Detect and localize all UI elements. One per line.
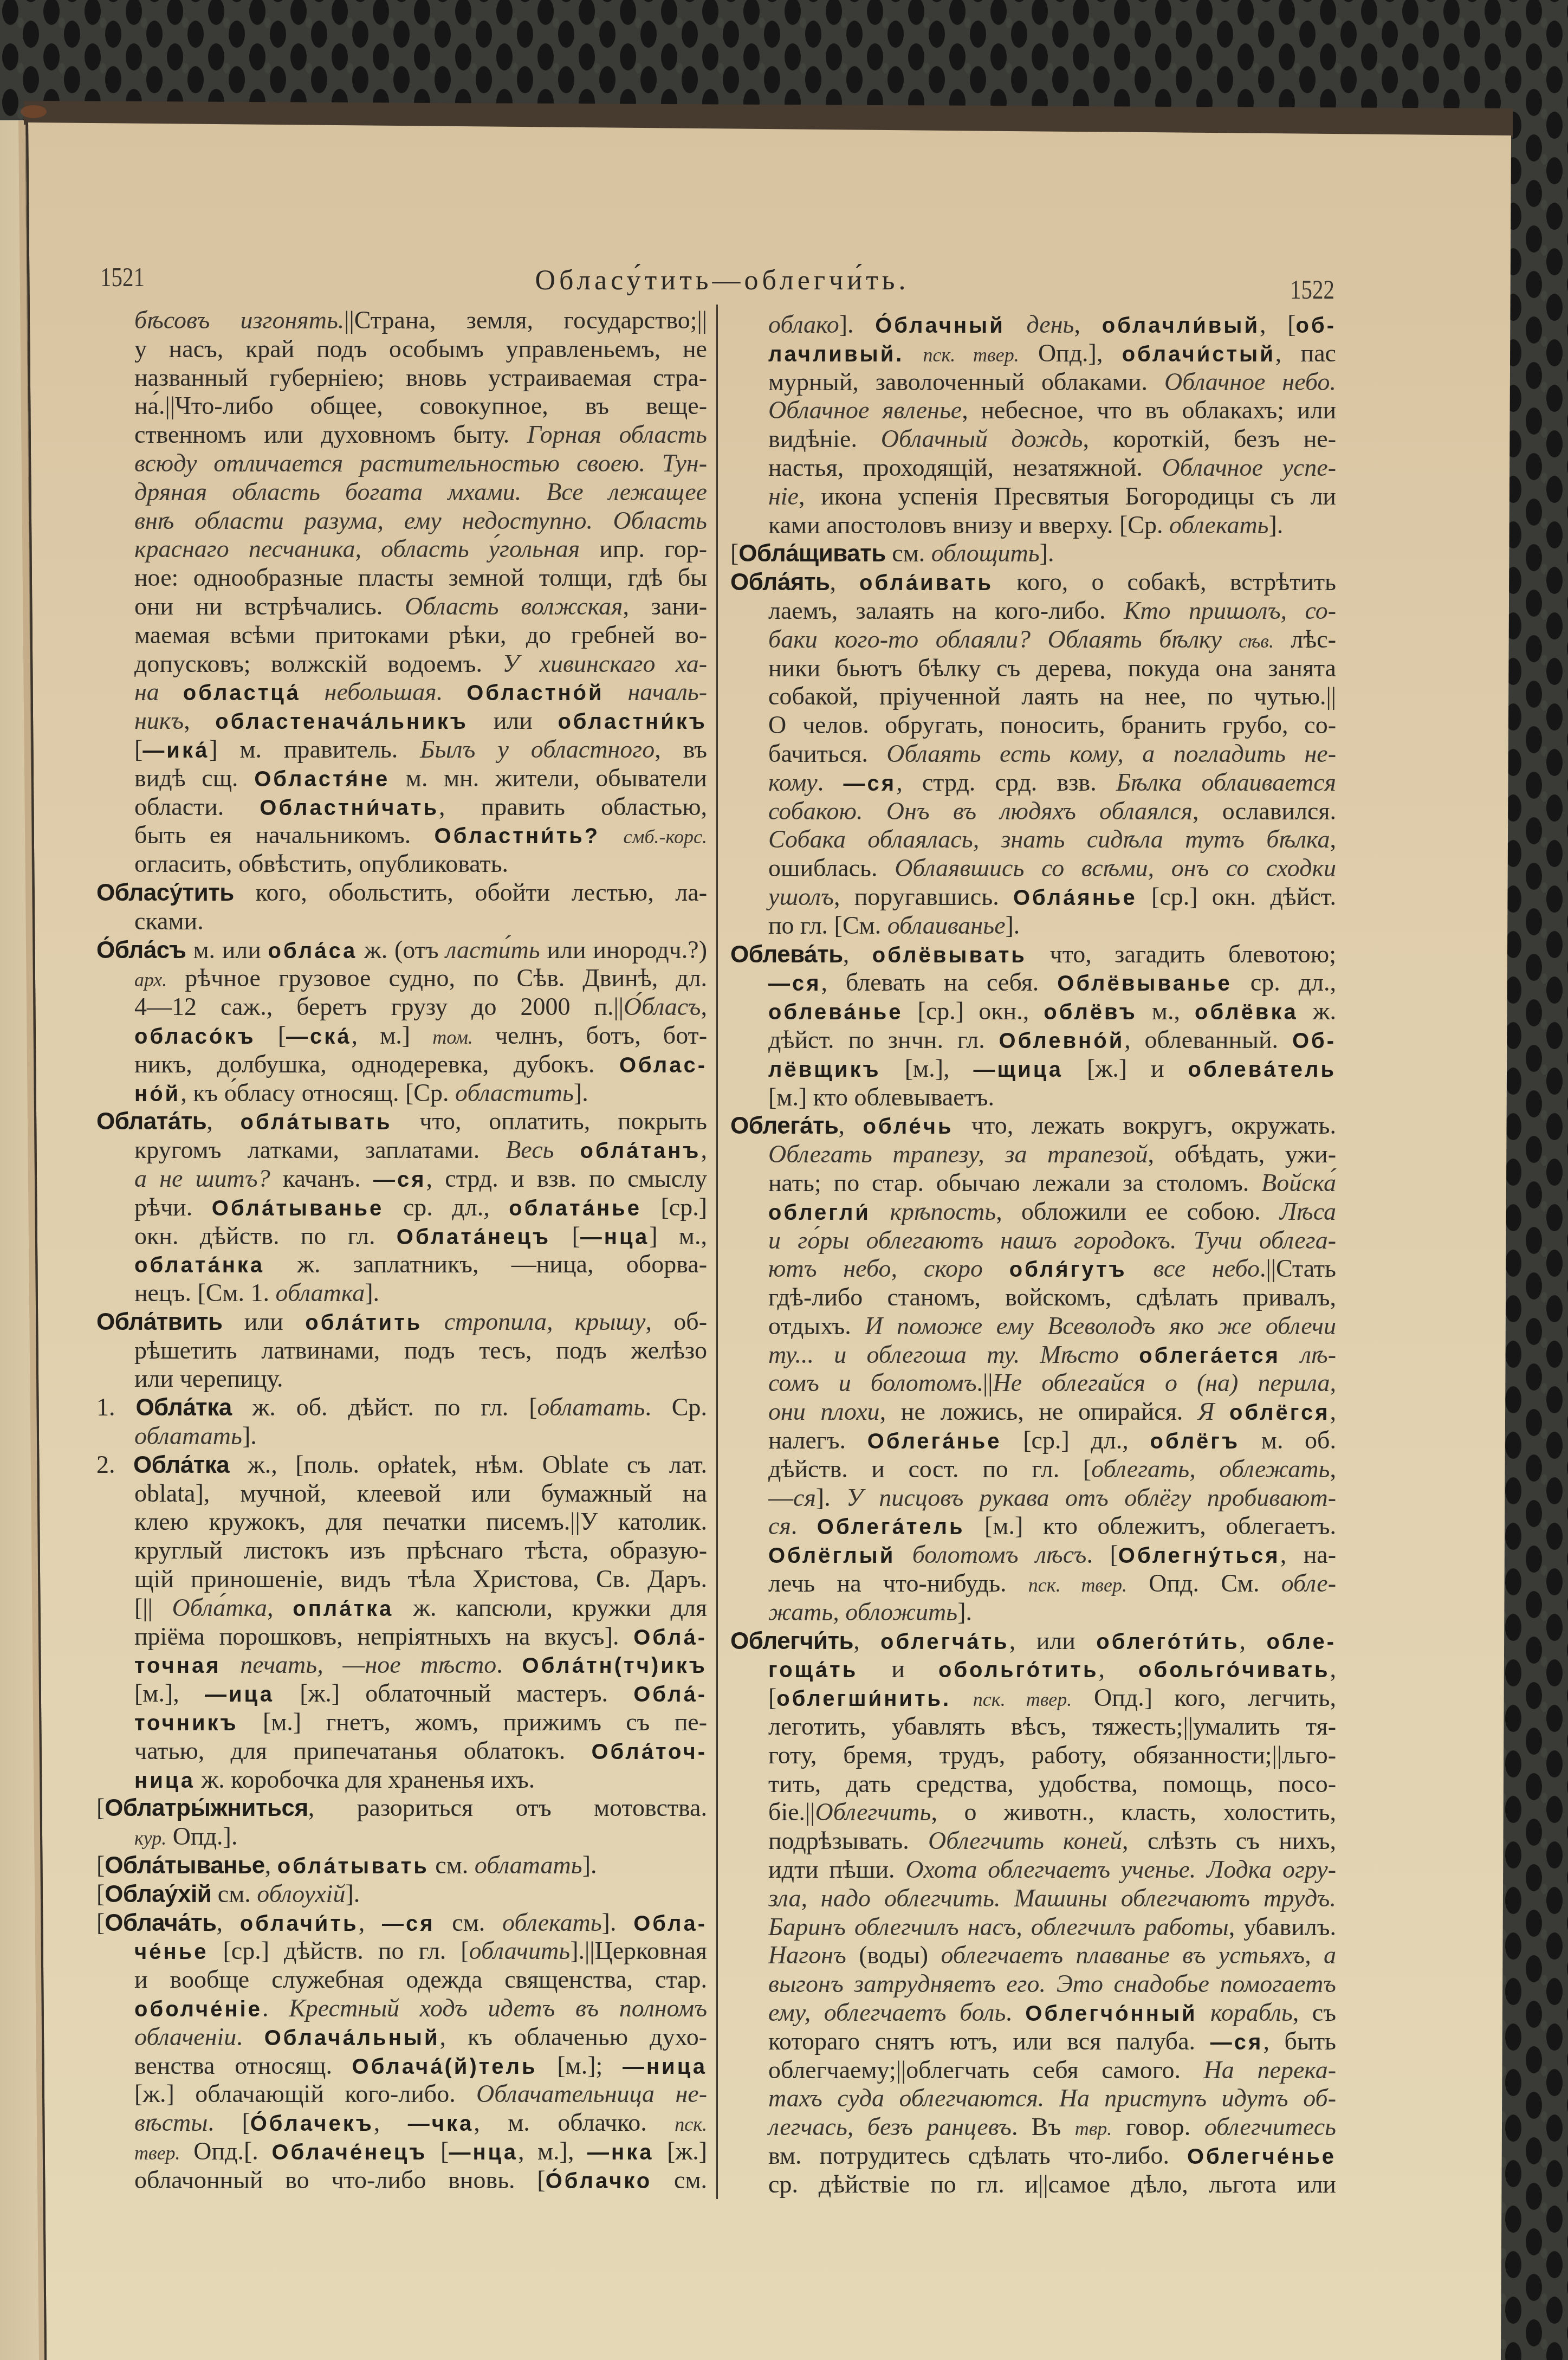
text-line: дѣйств. и сост. по гл. [облегать, облежа…	[768, 1455, 1336, 1484]
text-line: а не шитъ? качанъ. —ся, стрд. и взв. по …	[134, 1165, 707, 1193]
italic-example: стропила, крышу	[444, 1308, 646, 1335]
line-content: біе.||Облегчить, о животн., класть, холо…	[768, 1798, 1336, 1827]
text-run: подрѣзывать.	[768, 1827, 928, 1854]
spaced-bold-term: Облача́льный	[264, 2026, 440, 2050]
line-content: лёвщикъ [м.], —щица [ж.] и облева́тель	[768, 1055, 1336, 1084]
text-line: лачливый. пск. твер. Опд.], облачи́стый,…	[768, 339, 1336, 368]
italic-example: Облачное небо.	[1164, 368, 1336, 396]
text-line: ница ж. коробочка для храненья ихъ.	[134, 1766, 707, 1794]
spaced-bold-term: областенача́льникъ	[215, 710, 468, 734]
italic-example: на	[134, 678, 183, 706]
text-run: .	[236, 2023, 264, 2051]
line-content: [Обла́щивать см. облощить].	[730, 539, 1054, 568]
text-run: , м. облачко.	[474, 2109, 675, 2136]
line-content: клею кружокъ, для печатки писемъ.||У кат…	[134, 1508, 707, 1536]
line-content: ся. Облега́тель [м.] кто облежитъ, облег…	[768, 1512, 1336, 1542]
spaced-bold-term: Обла́тыванье	[212, 1197, 384, 1220]
text-run: или черепицу.	[134, 1365, 283, 1392]
text-line: внѣ области разума, ему недоступно. Обла…	[134, 507, 707, 535]
italic-example: небольшая.	[301, 678, 466, 706]
line-content: они ни встрѣчались. Область волжская, за…	[134, 592, 707, 621]
line-content: Облёглый болотомъ лѣсъ. [Облегну́ться, н…	[768, 1541, 1336, 1570]
italic-example: они плохи	[768, 1398, 880, 1425]
text-run: , поругавшись.	[834, 883, 1013, 910]
text-line: и вообще служебная одежда священства, ст…	[134, 1965, 707, 1994]
text-run: маемая всѣми притоками рѣки, до гребней …	[134, 621, 707, 649]
line-content: тить, дать средства, удобства, помощь, п…	[768, 1770, 1336, 1799]
text-line: [м.] кто облевываетъ.	[768, 1083, 1336, 1112]
spaced-bold-term: обла́танъ	[580, 1139, 701, 1163]
italic-example: облатать	[475, 1851, 582, 1879]
line-content: ошиблась. Облаявшись со всѣми, онъ со сх…	[768, 854, 1336, 883]
line-content: гоща́ть и обольго́тить, обольго́чивать,	[768, 1655, 1336, 1685]
text-line: ютъ небо, скоро обля́гутъ все небо.||Ста…	[768, 1255, 1336, 1283]
text-run	[904, 339, 923, 367]
text-run: вм. потрудитесь сдѣлать что-либо.	[768, 2142, 1187, 2169]
headword: Облау́хій	[105, 1881, 211, 1908]
line-content: лачливый. пск. твер. Опд.], облачи́стый,…	[768, 339, 1336, 370]
text-line: и го́ры облегаютъ нашъ городокъ. Тучи об…	[768, 1226, 1336, 1255]
text-run: огласить, обвѣстить, опубликовать.	[134, 850, 508, 877]
line-content: точникъ [м.] гнетъ, жомъ, прижимъ съ пе-	[134, 1708, 707, 1738]
line-content: Баринъ облегчилъ насъ, облегчилъ работы,…	[768, 1913, 1336, 1942]
line-content: [|| Обла́тка, опла́тка ж. капсюли, кружк…	[134, 1594, 707, 1624]
text-run: ].	[582, 1851, 597, 1879]
line-content: бачиться. Облаять есть кому, а погладить…	[768, 740, 1336, 768]
italic-example: Крестный ходъ идетъ въ полномъ	[289, 1994, 707, 2022]
italic-example: Облаять есть кому, а погладить не-	[886, 740, 1336, 767]
text-line: вѣсты. [О́блачекъ, —чка, м. облачко. пск…	[134, 2109, 707, 2137]
entry-first-line: [Обла́тыванье, обла́тывать см. облатать]…	[96, 1851, 707, 1880]
text-run: м. об.	[1240, 1426, 1336, 1454]
text-run: м. или	[186, 936, 268, 964]
spaced-bold-term: облева́тель	[1188, 1058, 1336, 1082]
text-run: (воды)	[846, 1941, 941, 1969]
text-line: баки кого-то облаяли? Облаять бѣлку сѣв.…	[768, 625, 1336, 654]
text-line: біе.||Облегчить, о животн., класть, холо…	[768, 1798, 1336, 1827]
line-content: отдыхъ. И поможе ему Всеволодъ яко же об…	[768, 1312, 1336, 1341]
line-content: дряная область богата мхами. Все лежащее	[134, 478, 707, 507]
italic-example: ся	[793, 1484, 816, 1511]
line-content: жать, обложить].	[768, 1598, 972, 1627]
text-run: , обѣдать, ужи-	[1148, 1140, 1336, 1168]
page-number-right: 1522	[1290, 276, 1334, 303]
text-line: бѣсовъ изгонять.||Страна, земля, государ…	[134, 306, 707, 335]
line-content: 2. Обла́тка ж., [поль. opłatek, нѣм. Obl…	[96, 1451, 707, 1480]
text-run: [м.];	[537, 2052, 623, 2079]
text-line: на́.||Что-либо общее, совокупное, въ вещ…	[134, 392, 707, 421]
spaced-bold-term: Областно́й	[466, 681, 604, 705]
line-content: [ж.] облачающій кого-либо. Облачательниц…	[134, 2080, 707, 2109]
spaced-bold-term: Облата́нецъ	[397, 1225, 550, 1249]
italic-example: Облегчить	[815, 1798, 931, 1826]
line-content: подрѣзывать. Облегчить коней, слѣзть съ …	[768, 1827, 1336, 1855]
text-line: краснаго песчаника, область у́гольная ип…	[134, 535, 707, 564]
text-run: допусковъ; волжскій водоемъ.	[134, 650, 502, 677]
line-content: че́нье [ср.] дѣйств. по гл. [облачить].|…	[134, 1937, 707, 1967]
text-run	[422, 1308, 444, 1335]
text-run: венства относящ.	[134, 2052, 352, 2079]
line-content: обласо́къ [—ска́, м.] том. челнъ, ботъ, …	[134, 1021, 707, 1052]
line-content: Нагонъ (воды) облегчаетъ плаванье въ уст…	[768, 1941, 1336, 1970]
text-run: м.,	[1137, 997, 1195, 1025]
spaced-bold-term: Областни́чать	[260, 796, 439, 820]
entry-first-line: [Обла́щивать см. облощить].	[730, 539, 1336, 568]
text-run: котораго снятъ ютъ, или вся палуба.	[768, 2027, 1210, 2055]
italic-example: всюду отличается растительностью своею. …	[134, 449, 707, 477]
spaced-bold-term: че́нье	[134, 1940, 208, 1964]
spaced-bold-term: Облас-	[619, 1053, 707, 1077]
text-run: ное: однообразные пласты земной толщи, г…	[134, 564, 707, 591]
spaced-bold-term: облёгся	[1229, 1401, 1330, 1425]
text-line: [ж.] облачающій кого-либо. Облачательниц…	[134, 2080, 707, 2109]
line-content: котораго снятъ ютъ, или вся палуба. —ся,…	[768, 2027, 1336, 2057]
spaced-bold-term: О́блачко	[546, 2169, 652, 2193]
text-run: видѣ сщ.	[134, 764, 254, 792]
line-content: никъ, областенача́льникъ или областни́къ	[134, 707, 707, 736]
line-content: чатью, для припечатанья облатокъ. Обла́т…	[134, 1737, 707, 1767]
text-run: ].	[839, 311, 875, 338]
text-run	[600, 821, 623, 849]
text-run: пріёма порошковъ, непріятныхъ на вкусъ].	[134, 1622, 633, 1650]
spaced-bold-term: лачливый.	[768, 342, 904, 366]
text-run: [	[96, 1909, 105, 1936]
text-run: ] м. правитель.	[209, 735, 420, 763]
text-run: [	[96, 1851, 105, 1879]
line-content: 1. Обла́тка ж. об. дѣйст. по гл. [облата…	[96, 1393, 707, 1423]
line-content: легчась, безъ ранцевъ. Въ твр. говор. об…	[768, 2113, 1336, 2143]
region-label: пск. твер.	[923, 344, 1019, 366]
italic-example: ніе	[768, 482, 799, 510]
italic-example: ушолъ	[768, 883, 834, 910]
line-content: ушолъ, поругавшись. Обла́янье [ср.] окн.…	[768, 883, 1336, 913]
line-content: видѣ сщ. Областя́не м. мн. жители, обыва…	[134, 764, 707, 794]
italic-example: Былъ у областного	[420, 735, 655, 763]
text-run: [ж.] облачающій кого-либо.	[134, 2080, 476, 2107]
text-run: дѣйств. и сост. по гл. [	[768, 1455, 1091, 1483]
text-run: , въ	[655, 735, 707, 763]
italic-example: облегчаетъ плаванье въ устьяхъ, а	[941, 1941, 1336, 1969]
italic-example: Я	[1198, 1398, 1214, 1425]
spaced-bold-term: Обла́точ-	[591, 1740, 707, 1764]
text-run: біе.||	[768, 1798, 815, 1826]
line-content: области. Областни́чать, править областью…	[134, 793, 707, 823]
line-content: oblata], мучной, клеевой или бумажный на	[134, 1479, 707, 1508]
italic-example: бѣсовъ изгонять.	[134, 306, 344, 334]
italic-example: баки кого-то облаяли? Облаять бѣлку	[768, 625, 1222, 653]
text-run	[1280, 1341, 1300, 1368]
spaced-bold-term: обле-	[1266, 1630, 1336, 1654]
line-content: лаемъ, залаять на кого-либо. Кто пришолъ…	[768, 597, 1336, 625]
spaced-bold-term: Облега́тель	[817, 1515, 965, 1539]
text-line: они плохи, не ложись, не опирайся. Я обл…	[768, 1398, 1336, 1426]
line-content: ему, облегчаетъ боль. Облегчо́нный кораб…	[768, 1999, 1336, 2028]
region-label: сѣв.	[1239, 630, 1274, 652]
text-run: см.	[429, 1851, 475, 1879]
text-line: Нагонъ (воды) облегчаетъ плаванье въ уст…	[768, 1941, 1336, 1970]
line-content: Обла́твить или обла́тить стропила, крышу…	[96, 1308, 707, 1337]
text-run: , зани-	[623, 592, 707, 620]
spaced-bold-term: областца́	[183, 681, 301, 705]
text-run: Опд.],	[1019, 339, 1122, 367]
italic-example: болотомъ лѣсъ	[912, 1541, 1087, 1568]
headword: Обла́тка	[135, 1394, 231, 1421]
text-line: кому. —ся, стрд. срд. взв. Бѣлка облаива…	[768, 768, 1336, 797]
text-run: ственномъ или духовномъ быту.	[134, 421, 527, 448]
text-run	[1214, 1398, 1229, 1425]
region-label: пск. твер.	[973, 1689, 1072, 1710]
line-content: настья, проходящій, незатяжной. Облачное…	[768, 454, 1336, 482]
italic-example: ему, облегчаетъ боль	[768, 1999, 1006, 2026]
italic-example: облачить	[469, 1937, 571, 1964]
line-content: облата́нка ж. заплатникъ, —ница, оборва-	[134, 1250, 707, 1280]
text-line: гоща́ть и обольго́тить, обольго́чивать,	[768, 1655, 1336, 1684]
line-content: у насъ, край подъ особымъ управленьемъ, …	[134, 335, 707, 364]
text-run: нецъ. [См. 1.	[134, 1279, 276, 1307]
text-run: , короткій, безъ не-	[1083, 425, 1336, 452]
text-run	[1119, 1341, 1139, 1368]
text-line: облатать].	[134, 1422, 707, 1451]
headword: Обла́щивать	[738, 540, 885, 567]
text-run: ср. дл.,	[1232, 968, 1336, 996]
line-content: дѣйств. и сост. по гл. [облегать, облежа…	[768, 1455, 1336, 1484]
text-line: [|| Обла́тка, опла́тка ж. капсюли, кружк…	[134, 1594, 707, 1622]
italic-example: Войска́	[1261, 1169, 1336, 1197]
italic-example: Облаявшись со всѣми, онъ со сходки	[895, 854, 1336, 882]
line-content: облако]. О́блачный день, облачли́вый, [о…	[768, 311, 1336, 340]
line-content: идти пѣши. Охота облегчаетъ ученье. Лодк…	[768, 1855, 1336, 1884]
text-line: они ни встрѣчались. Область волжская, за…	[134, 592, 707, 621]
text-line: клею кружокъ, для печатки писемъ.||У кат…	[134, 1508, 707, 1536]
text-run: . [	[208, 2109, 250, 2136]
text-run: , икона успенія Пресвятыя Богородицы съ …	[799, 482, 1336, 510]
line-content: облева́нье [ср.] окн., облёвъ м., облёвк…	[768, 997, 1336, 1027]
text-line: ніе, икона успенія Пресвятыя Богородицы …	[768, 482, 1336, 511]
text-run: 4—12 саж., беретъ грузу до 2000 п.||	[134, 993, 624, 1020]
line-content: Облева́ть, облёвывать что, загадить блев…	[730, 940, 1336, 970]
text-run	[1197, 1999, 1210, 2026]
text-line: допусковъ; волжскій водоемъ. У хивинскаг…	[134, 650, 707, 678]
text-run: , ославился.	[1193, 797, 1336, 825]
italic-example: Весь	[506, 1136, 554, 1163]
line-content: Обла́ять, обла́ивать кого, о собакѣ, вст…	[730, 568, 1336, 598]
text-line: видѣніе. Облачный дождь, короткій, безъ …	[768, 425, 1336, 454]
line-content: [Облатры́жниться, разориться отъ мотовст…	[96, 1794, 707, 1823]
italic-example: И поможе ему Всеволодъ яко же облечи	[865, 1312, 1336, 1340]
entry-first-line: Облата́ть, обла́тывать что, оплатить, по…	[96, 1107, 707, 1136]
text-run: , о животн., класть, холостить,	[931, 1798, 1336, 1826]
italic-example: Облегчить коней	[928, 1827, 1122, 1854]
text-run: Опд.].	[166, 1822, 237, 1850]
line-content: зла, надо облегчить. Машины облегчаютъ т…	[768, 1884, 1336, 1913]
text-run: , небесное, что въ облакахъ; или	[962, 396, 1336, 424]
spaced-bold-term: облегли́	[768, 1201, 871, 1225]
text-run: нать; по стар. обычаю лежали за столомъ.	[768, 1169, 1261, 1197]
spaced-bold-term: областни́къ	[558, 710, 707, 734]
spaced-bold-term: облата́нье	[509, 1197, 642, 1220]
italic-example: день	[1027, 311, 1074, 338]
region-label: кур.	[134, 1827, 166, 1849]
italic-example: началь-	[604, 678, 707, 706]
text-run: ками апостоловъ внизу и вверху. [Ср.	[768, 511, 1169, 539]
spaced-bold-term: облего́ти́ть	[1096, 1630, 1239, 1654]
text-run: челнъ, ботъ, бот-	[473, 1021, 707, 1049]
spaced-bold-term: точная	[134, 1654, 221, 1678]
spaced-bold-term: обольго́чивать	[1138, 1658, 1330, 1682]
column-divider	[716, 305, 718, 2199]
spaced-bold-term: обле́чь	[863, 1115, 954, 1139]
text-run: [	[427, 2137, 449, 2165]
line-content: кругомъ латками, заплатами. Весь обла́та…	[134, 1136, 707, 1166]
text-line: готу, бремя, трудъ, работу, обязанности;…	[768, 1741, 1336, 1770]
text-run: [ж.] облаточный мастеръ.	[274, 1679, 633, 1707]
text-line: огласить, обвѣстить, опубликовать.	[134, 850, 707, 878]
text-run: [м.],	[134, 1679, 205, 1707]
line-content: венства относящ. Облача́(й)тель [м.]; —н…	[134, 2052, 707, 2081]
text-line: ники бьютъ бѣлку съ дерева, покуда она з…	[768, 654, 1336, 683]
text-run: ж.	[1298, 997, 1336, 1025]
text-line: круглый листокъ изъ прѣснаго тѣста, обра…	[134, 1536, 707, 1565]
text-line: точникъ [м.] гнетъ, жомъ, прижимъ съ пе-	[134, 1708, 707, 1737]
text-run	[554, 1136, 580, 1163]
italic-example: облатка	[276, 1279, 365, 1307]
line-content: Обласу́тить кого, обольстить, обойти лес…	[96, 878, 707, 908]
text-run: , [	[1260, 311, 1295, 338]
text-run: см.	[886, 539, 931, 567]
text-line: идти пѣши. Охота облегчаетъ ученье. Лодк…	[768, 1855, 1336, 1884]
italic-example: дряная область богата мхами. Все лежащее	[134, 478, 707, 506]
line-content: быть ея начальникомъ. Областни́ть? смб.-…	[134, 821, 707, 851]
text-run: дѣйст. по знчн. гл.	[768, 1026, 999, 1053]
running-head-title: Обласу́тить—облегчи́ть.	[488, 267, 957, 295]
italic-example: О́бласъ	[624, 993, 701, 1020]
line-content: облатать].	[134, 1422, 257, 1451]
line-content: [Облау́хій см. облоухій].	[96, 1880, 360, 1909]
line-content: —ся, блевать на себя. Облёвыванье ср. дл…	[768, 968, 1336, 998]
italic-example: кому	[768, 768, 818, 796]
italic-example: Баринъ облегчилъ насъ, облегчилъ работы	[768, 1913, 1229, 1941]
spaced-bold-term: обля́гутъ	[1009, 1258, 1127, 1282]
text-run: тить, дать средства, удобства, помощь, п…	[768, 1770, 1336, 1798]
text-run: [	[134, 735, 142, 763]
spaced-bold-term: об-	[1296, 314, 1336, 338]
line-content: на областца́ небольшая. Областно́й начал…	[134, 678, 707, 708]
text-line: Облачное явленье, небесное, что въ облак…	[768, 396, 1336, 425]
text-run: ср. дѣйствіе по гл. и||самое дѣло, льгот…	[768, 2170, 1336, 2198]
text-run	[1005, 311, 1027, 338]
text-line: быть ея начальникомъ. Областни́ть? смб.-…	[134, 821, 707, 850]
text-run: [м.] гнетъ, жомъ, прижимъ съ пе-	[238, 1708, 707, 1736]
text-run: ,	[265, 1851, 277, 1879]
entry-first-line: Обласу́тить кого, обольстить, обойти лес…	[96, 878, 707, 907]
line-content: огласить, обвѣстить, опубликовать.	[134, 850, 508, 878]
line-content: собакой, пріученной лаять на нее, по чут…	[768, 682, 1336, 711]
line-content: круглый листокъ изъ прѣснаго тѣста, обра…	[134, 1536, 707, 1565]
line-content: твер. Опд.[. Облаче́нецъ [—нца, м.], —нк…	[134, 2137, 707, 2168]
line-content: Облега́ть, обле́чь что, лежать вокругъ, …	[730, 1111, 1336, 1141]
text-line: пріёма порошковъ, непріятныхъ на вкусъ].…	[134, 1622, 707, 1651]
text-run: , къ облаченью духо-	[440, 2023, 707, 2051]
italic-example: сомъ и болотомъ	[768, 1369, 977, 1396]
text-line: легчась, безъ ранцевъ. Въ твр. говор. об…	[768, 2113, 1336, 2142]
italic-example: а не шитъ?	[134, 1165, 270, 1192]
italic-example: и го́ры облегаютъ нашъ городокъ. Тучи об…	[768, 1226, 1336, 1254]
line-content: Облачное явленье, небесное, что въ облак…	[768, 396, 1336, 425]
spaced-bold-term: облёгъ	[1150, 1430, 1240, 1453]
text-run: ,	[1239, 1627, 1266, 1654]
spaced-bold-term: ница	[134, 1769, 195, 1793]
text-run: . Въ	[1012, 2113, 1075, 2141]
italic-example: облаченіи	[134, 2023, 236, 2051]
text-line: облачонный во что-либо вновь. [О́блачко …	[134, 2166, 707, 2195]
text-line: мурный, заволоченный облаками. Облачное …	[768, 368, 1336, 397]
line-content: названный губерніею; вновь устраиваемая …	[134, 364, 707, 392]
spaced-bold-term: но́й	[134, 1082, 180, 1106]
text-run: , облеванный.	[1124, 1026, 1292, 1053]
text-run: , блевать на себя.	[821, 968, 1058, 996]
text-line: дѣйст. по знчн. гл. Облевно́й, облеванны…	[768, 1026, 1336, 1055]
text-line: ками апостоловъ внизу и вверху. [Ср. обл…	[768, 511, 1336, 540]
text-run	[221, 1651, 240, 1678]
text-run: ].	[816, 1484, 846, 1511]
italic-example: Обла́тка	[172, 1594, 267, 1621]
line-content: на́.||Что-либо общее, совокупное, въ вещ…	[134, 392, 707, 421]
spaced-bold-term: обла́тывать	[277, 1854, 429, 1878]
entry-first-line: Облегчи́ть, облегча́ть, или облего́ти́ть…	[730, 1627, 1336, 1656]
text-line: ему, облегчаетъ боль. Облегчо́нный кораб…	[768, 1999, 1336, 2027]
text-run: oblata], мучной, клеевой или бумажный на	[134, 1479, 707, 1507]
line-content: [Обла́тыванье, обла́тывать см. облатать]…	[96, 1851, 597, 1881]
text-line: Облёглый болотомъ лѣсъ. [Облегну́ться, н…	[768, 1541, 1336, 1569]
text-run: видѣніе.	[768, 425, 881, 452]
text-run: ].	[602, 1909, 634, 1936]
line-content: выгонъ затрудняетъ его. Это снадобье пом…	[768, 1970, 1336, 1999]
text-line: ошиблась. Облаявшись со всѣми, онъ со сх…	[768, 854, 1336, 883]
spaced-bold-term: облева́нье	[768, 1000, 903, 1024]
text-run: О челов. обругать, поносить, бранить гру…	[768, 711, 1336, 739]
text-run: они ни встрѣчались.	[134, 592, 405, 620]
text-run: ].	[345, 1880, 360, 1908]
text-run	[871, 1198, 890, 1225]
spaced-bold-term: —нца	[580, 1225, 649, 1249]
text-run: ники бьютъ бѣлку съ дерева, покуда она з…	[768, 654, 1336, 682]
text-run: , слѣзть съ нихъ,	[1122, 1827, 1336, 1854]
text-line: окн. дѣйств. по гл. Облата́нецъ [—нца] м…	[134, 1222, 707, 1251]
line-content: но́й, къ о́бласу относящ. [Ср. областить…	[134, 1079, 588, 1109]
text-run: лечь на что-нибудь.	[768, 1569, 1028, 1597]
spaced-bold-term: точникъ	[134, 1711, 238, 1735]
text-run: кого, о собакѣ, встрѣтить	[993, 568, 1336, 596]
text-run: говор.	[1112, 2113, 1204, 2141]
italic-example: ся	[768, 1512, 791, 1540]
spaced-bold-term: О́блачекъ	[250, 2112, 374, 2136]
text-run: см.	[652, 2166, 707, 2194]
text-run: окн. дѣйств. по гл.	[134, 1222, 397, 1250]
text-line: тить, дать средства, удобства, помощь, п…	[768, 1770, 1336, 1799]
text-run: [ср.]	[642, 1193, 707, 1221]
italic-example: облаиванье	[887, 911, 1006, 939]
text-run: настья, проходящій, незатяжной.	[768, 454, 1162, 481]
text-run: Опд.[.	[180, 2137, 272, 2165]
text-line: собакой, пріученной лаять на нее, по чут…	[768, 682, 1336, 711]
spaced-bold-term: —ница	[623, 2055, 707, 2079]
headword: О́бла́съ	[96, 937, 186, 964]
italic-example: печать, —ное тѣсто	[240, 1651, 496, 1678]
text-run: ,	[267, 1594, 293, 1621]
text-run: ,	[206, 1107, 240, 1135]
spaced-bold-term: облегча́ть	[880, 1630, 1009, 1654]
spaced-bold-term: обла́тить	[305, 1311, 422, 1335]
